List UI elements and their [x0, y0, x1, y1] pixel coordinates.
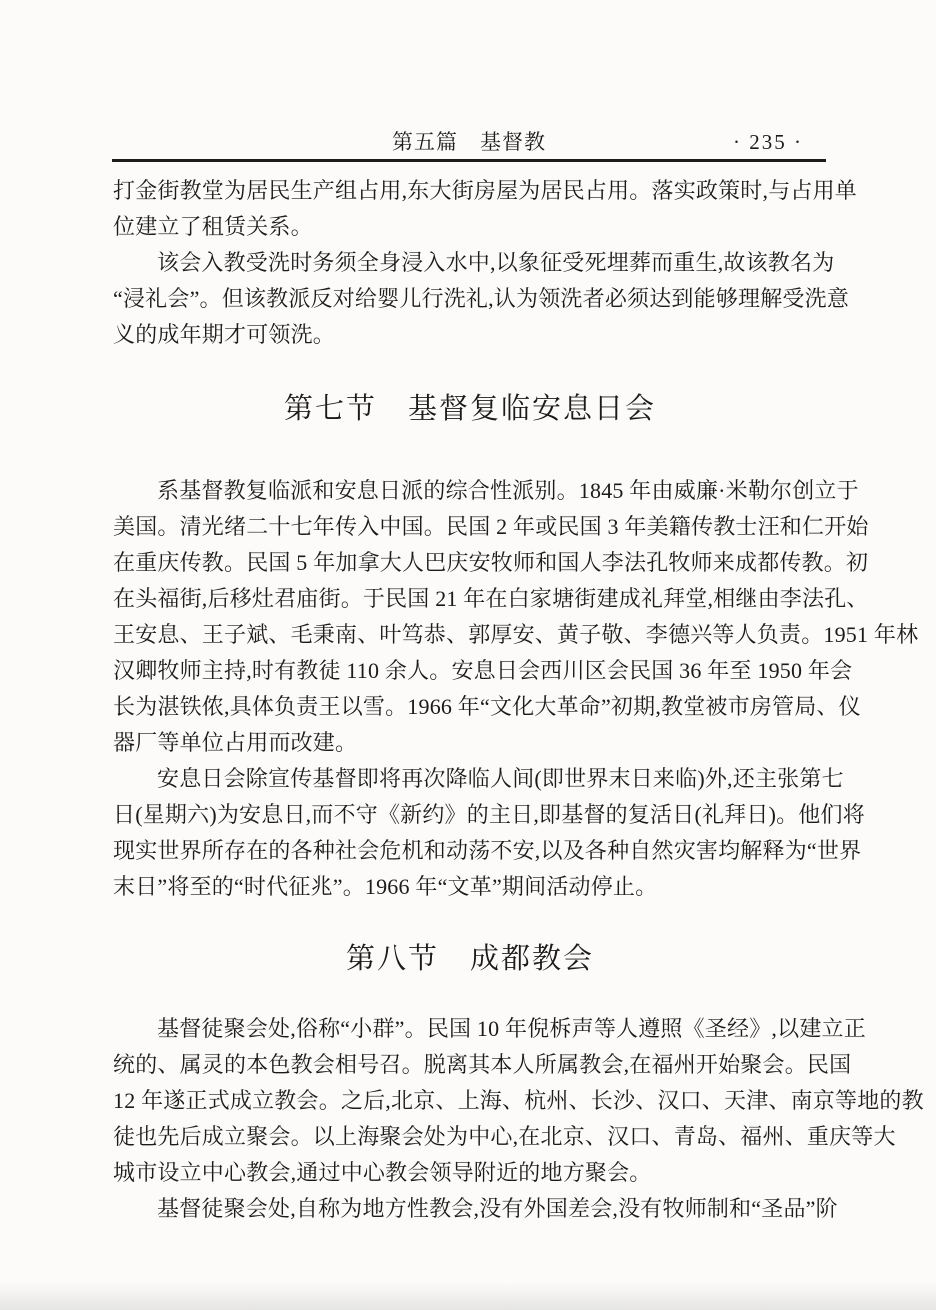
text-line: 日(星期六)为安息日,而不守《新约》的主日,即基督的复活日(礼拜日)。他们将: [113, 797, 827, 833]
text-line: 基督徒聚会处,自称为地方性教会,没有外国差会,没有牧师制和“圣品”阶: [113, 1191, 827, 1227]
text-line: 城市设立中心教会,通过中心教会领导附近的地方聚会。: [113, 1155, 827, 1191]
text-line: 位建立了租赁关系。: [113, 209, 827, 245]
text-line: 12 年遂正式成立教会。之后,北京、上海、杭州、长沙、汉口、天津、南京等地的教: [113, 1083, 827, 1119]
text-line: 在头福街,后移灶君庙街。于民国 21 年在白家塘街建成礼拜堂,相继由李法孔、: [113, 581, 827, 617]
text-line: 器厂等单位占用而改建。: [113, 725, 827, 761]
text-line: 徒也先后成立聚会。以上海聚会处为中心,在北京、汉口、青岛、福州、重庆等大: [113, 1119, 827, 1155]
chapter-title: 第五篇 基督教: [392, 130, 546, 154]
text-line: 安息日会除宣传基督即将再次降临人间(即世界末日来临)外,还主张第七: [113, 761, 827, 797]
text-line: 王安息、王子斌、毛秉南、叶笃恭、郭厚安、黄子敬、李德兴等人负责。1951 年林: [113, 617, 827, 653]
text-line: 基督徒聚会处,俗称“小群”。民国 10 年倪柝声等人遵照《圣经》,以建立正: [113, 1011, 827, 1047]
page-number: · 235 ·: [733, 127, 803, 157]
running-header: 第五篇 基督教 · 235 ·: [113, 127, 825, 157]
text-line: 系基督教复临派和安息日派的综合性派别。1845 年由威廉·米勒尔创立于: [113, 473, 827, 509]
page-body: 打金街教堂为居民生产组占用,东大街房屋为居民占用。落实政策时,与占用单 位建立了…: [113, 173, 827, 1227]
header-rule: [112, 159, 826, 162]
text-line: 统的、属灵的本色教会相号召。脱离其本人所属教会,在福州开始聚会。民国: [113, 1047, 827, 1083]
text-line: 汉卿牧师主持,时有教徒 110 余人。安息日会西川区会民国 36 年至 1950…: [113, 653, 827, 689]
section-heading-7: 第七节 基督复临安息日会: [113, 387, 827, 431]
text-line: 义的成年期才可领洗。: [113, 317, 827, 353]
text-line: “浸礼会”。但该教派反对给婴儿行洗礼,认为领洗者必须达到能够理解受洗意: [113, 281, 827, 317]
text-line: 长为湛铁侬,具体负责王以雪。1966 年“文化大革命”初期,教堂被市房管局、仪: [113, 689, 827, 725]
text-line: 该会入教受洗时务须全身浸入水中,以象征受死埋葬而重生,故该教名为: [113, 245, 827, 281]
text-line: 末日”将至的“时代征兆”。1966 年“文革”期间活动停止。: [113, 869, 827, 905]
section-heading-8: 第八节 成都教会: [113, 937, 827, 981]
text-line: 在重庆传教。民国 5 年加拿大人巴庆安牧师和国人李法孔牧师来成都传教。初: [113, 545, 827, 581]
text-line: 美国。清光绪二十七年传入中国。民国 2 年或民国 3 年美籍传教士汪和仁开始: [113, 509, 827, 545]
document-page: 第五篇 基督教 · 235 · 打金街教堂为居民生产组占用,东大街房屋为居民占用…: [0, 0, 936, 1310]
text-line: 现实世界所存在的各种社会危机和动荡不安,以及各种自然灾害均解释为“世界: [113, 833, 827, 869]
text-line: 打金街教堂为居民生产组占用,东大街房屋为居民占用。落实政策时,与占用单: [113, 173, 827, 209]
